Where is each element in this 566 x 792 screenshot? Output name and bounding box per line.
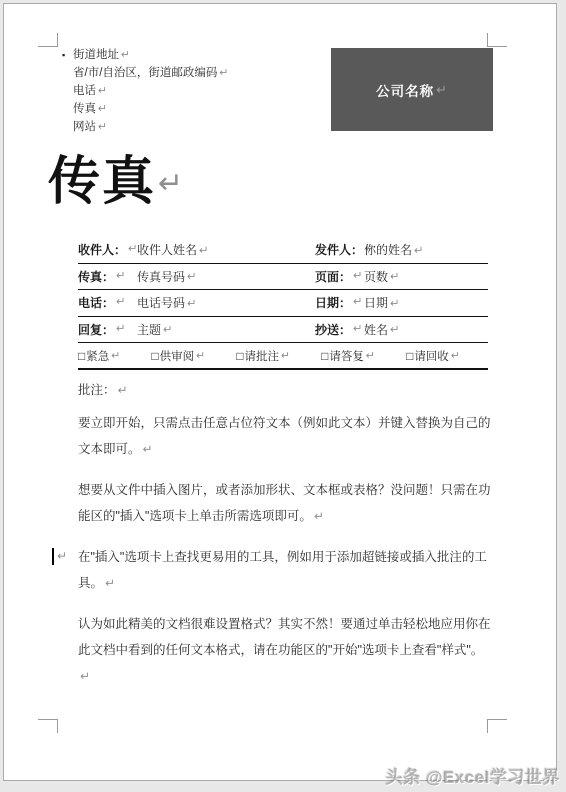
return-mark-icon: ↵ [57, 549, 67, 563]
paragraph-text[interactable]: 想要从文件中插入图片，或者添加形状、文本框或表格？没问题！只需在功能区的"插入"… [78, 483, 491, 523]
return-mark-icon: ↵ [451, 349, 460, 362]
word-fax-template-page: ▪街道地址↵ 省/市/自治区，街道邮政编码↵ 电话↵ 传真↵ 网站↵ 公司名称↵… [0, 0, 566, 792]
field-value-page-count[interactable]: 页数 [364, 268, 388, 285]
fax-fields-table: 收件人：↵ 收件人姓名↵ 发件人：↵ 你的姓名↵ 传真：↵ 传真号码↵ 页面：↵… [78, 237, 488, 370]
checkbox-row: □紧急↵ □供审阅↵ □请批注↵ □请答复↵ □请回收↵ [78, 343, 488, 370]
return-mark-icon: ↵ [196, 349, 205, 362]
table-row: 电话：↵ 电话号码↵ 日期：↵ 日期↵ [78, 290, 488, 317]
body-paragraph[interactable]: 认为如此精美的文档很难设置格式？其实不然！要通过单击轻松地应用你在此文档中看到的… [78, 611, 491, 689]
return-mark-icon: ↵ [98, 85, 107, 97]
return-mark-icon: ↵ [281, 349, 290, 362]
table-row: 收件人：↵ 收件人姓名↵ 发件人：↵ 你的姓名↵ [78, 237, 488, 264]
margin-crop-mark-bottom-left [38, 719, 58, 733]
return-mark-icon: ↵ [366, 349, 375, 362]
return-mark-icon: ↵ [187, 269, 197, 283]
comments-label-line[interactable]: 批注：↵ [78, 380, 491, 400]
fax-title[interactable]: 传真↵ [48, 150, 185, 216]
field-value-recipient-name[interactable]: 收件人姓名 [137, 241, 197, 258]
checkbox-icon[interactable]: □ [78, 349, 85, 363]
checkbox-for-review[interactable]: □供审阅↵ [151, 348, 205, 364]
return-mark-icon: ↵ [219, 67, 228, 79]
body-paragraph[interactable]: 想要从文件中插入图片，或者添加形状、文本框或表格？没问题！只需在功能区的"插入"… [78, 477, 491, 529]
field-label-to: 收件人： [78, 241, 126, 258]
bullet-icon: ▪ [62, 46, 65, 64]
field-label-re: 回复： [78, 321, 114, 338]
return-mark-icon: ↵ [80, 669, 90, 683]
field-label-pages: 页面： [315, 268, 351, 285]
margin-crop-mark-bottom-right [487, 719, 507, 733]
comments-label[interactable]: 批注： [78, 383, 116, 397]
phone-placeholder[interactable]: 电话 [73, 85, 96, 97]
checkbox-icon[interactable]: □ [406, 349, 413, 363]
return-mark-icon: ↵ [111, 349, 120, 362]
body-text-section: 批注：↵ 要立即开始，只需点击任意占位符文本（例如此文本）并键入替换为自己的文本… [78, 380, 491, 704]
checkbox-label: 请批注 [245, 348, 280, 364]
field-label-fax: 传真： [78, 268, 114, 285]
return-mark-icon: ↵ [143, 442, 153, 456]
body-paragraph[interactable]: 在"插入"选项卡上查找更易用的工具，例如用于添加超链接或插入批注的工具。↵ [78, 544, 491, 596]
checkbox-label: 供审阅 [160, 348, 195, 364]
checkbox-label: 请答复 [329, 348, 364, 364]
return-mark-icon: ↵ [414, 243, 424, 257]
paragraph-text[interactable]: 认为如此精美的文档很难设置格式？其实不然！要通过单击轻松地应用你在此文档中看到的… [78, 617, 491, 657]
checkbox-urgent[interactable]: □紧急↵ [78, 348, 120, 364]
return-mark-icon: ↵ [436, 82, 448, 98]
field-value-subject[interactable]: 主题 [137, 321, 161, 338]
address-line: 传真↵ [64, 100, 229, 118]
field-value-cc-name[interactable]: 姓名 [364, 321, 388, 338]
checkbox-icon[interactable]: □ [151, 349, 158, 363]
field-value-your-name[interactable]: 你的姓名 [364, 241, 412, 258]
company-name-box[interactable]: 公司名称↵ [331, 48, 493, 131]
table-row: 传真：↵ 传真号码↵ 页面：↵ 页数↵ [78, 264, 488, 291]
toutiao-watermark: 头条 @Excel学习世界 [386, 763, 560, 788]
return-mark-icon: ↵ [187, 296, 197, 310]
return-mark-icon: ↵ [353, 294, 363, 311]
checkbox-label: 请回收 [414, 348, 449, 364]
return-mark-icon: ↵ [390, 269, 400, 283]
paragraph-text[interactable]: 要立即开始，只需点击任意占位符文本（例如此文本）并键入替换为自己的文本即可。 [78, 416, 491, 456]
return-mark-icon: ↵ [199, 243, 209, 257]
field-label-date: 日期： [315, 294, 351, 311]
fax-placeholder[interactable]: 传真 [73, 103, 96, 115]
return-mark-icon: ↵ [98, 103, 107, 115]
text-cursor[interactable] [52, 548, 54, 565]
field-label-from: 发件人： [315, 241, 363, 258]
paragraph-text[interactable]: 在"插入"选项卡上查找更易用的工具，例如用于添加超链接或插入批注的工具。 [78, 550, 487, 590]
margin-crop-mark-top-right [487, 33, 507, 47]
field-value-fax-number[interactable]: 传真号码 [137, 268, 185, 285]
checkbox-please-comment[interactable]: □请批注↵ [236, 348, 290, 364]
address-line: 省/市/自治区，街道邮政编码↵ [64, 64, 229, 82]
return-mark-icon: ↵ [98, 121, 107, 133]
return-mark-icon: ↵ [118, 383, 128, 397]
return-mark-icon: ↵ [353, 321, 363, 338]
company-name-placeholder[interactable]: 公司名称 [376, 80, 434, 100]
fax-title-text[interactable]: 传真 [48, 153, 156, 211]
checkbox-please-reply[interactable]: □请答复↵ [321, 348, 375, 364]
margin-crop-mark-top-left [38, 33, 58, 47]
street-address-placeholder[interactable]: 街道地址 [73, 49, 119, 61]
checkbox-icon[interactable]: □ [321, 349, 328, 363]
field-label-phone: 电话： [78, 294, 114, 311]
address-line: 电话↵ [64, 82, 229, 100]
return-mark-icon: ↵ [158, 167, 185, 200]
return-mark-icon: ↵ [390, 322, 400, 336]
sender-address-block[interactable]: ▪街道地址↵ 省/市/自治区，街道邮政编码↵ 电话↵ 传真↵ 网站↵ [64, 46, 229, 136]
return-mark-icon: ↵ [121, 49, 130, 61]
address-line: ▪街道地址↵ [64, 46, 229, 64]
return-mark-icon: ↵ [353, 268, 363, 285]
field-label-cc: 抄送： [315, 321, 351, 338]
checkbox-icon[interactable]: □ [236, 349, 243, 363]
return-mark-icon: ↵ [105, 576, 115, 590]
return-mark-icon: ↵ [163, 322, 173, 336]
checkbox-label: 紧急 [86, 348, 109, 364]
city-zip-placeholder[interactable]: 省/市/自治区，街道邮政编码 [73, 67, 217, 79]
field-value-phone-number[interactable]: 电话号码 [137, 294, 185, 311]
return-mark-icon: ↵ [116, 321, 126, 338]
checkbox-please-recycle[interactable]: □请回收↵ [406, 348, 460, 364]
return-mark-icon: ↵ [390, 296, 400, 310]
return-mark-icon: ↵ [314, 509, 324, 523]
return-mark-icon: ↵ [116, 294, 126, 311]
return-mark-icon: ↵ [116, 268, 126, 285]
address-line: 网站↵ [64, 118, 229, 136]
field-value-date[interactable]: 日期 [364, 294, 388, 311]
body-paragraph[interactable]: 要立即开始，只需点击任意占位符文本（例如此文本）并键入替换为自己的文本即可。↵ [78, 410, 491, 462]
website-placeholder[interactable]: 网站 [73, 121, 96, 133]
table-row: 回复：↵ 主题↵ 抄送：↵ 姓名↵ [78, 317, 488, 344]
